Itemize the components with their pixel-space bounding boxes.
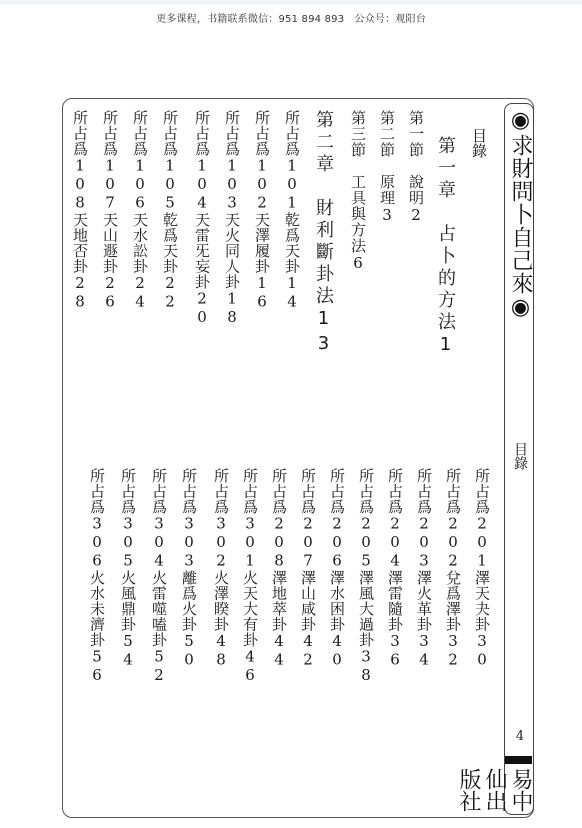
toc-entry: 所占爲204澤雷隨卦36 (386, 468, 404, 669)
book-title: ◉求財問卜自己來◉ (507, 108, 533, 321)
publisher-name: 易中仙出版社 (507, 768, 533, 814)
toc-entry: 所占爲208澤地萃卦44 (270, 468, 288, 669)
toc-heading: 目錄 (470, 128, 487, 158)
top-bar (0, 0, 582, 5)
toc-chapter-2: 第二章 財利斷卦法13 (312, 110, 334, 358)
book-sidebar: ◉求財問卜自己來◉ 目錄 4 易中仙出版社 (504, 103, 534, 815)
toc-entry: 所占爲201澤天夬卦30 (473, 468, 491, 669)
toc-entry: 所占爲106天水訟卦24 (131, 110, 149, 311)
toc-entry: 所占爲301火天大有卦46 (241, 468, 259, 685)
toc-section-3: 第三節 工具與方法6 (349, 110, 367, 273)
toc-entry: 所占爲304火雷噬嗑卦52 (150, 468, 168, 685)
toc-entry: 所占爲104天雷旡妄卦20 (193, 110, 211, 327)
toc-section-1: 第一節 說明2 (407, 110, 425, 225)
toc-section-2: 第二節 原理3 (378, 110, 396, 225)
toc-entry: 所占爲303離爲火卦50 (180, 468, 198, 669)
toc-chapter-1: 第一章 占卜的方法1 (434, 136, 456, 359)
toc-entry: 所占爲305火風鼎卦54 (119, 468, 137, 669)
toc-entry: 所占爲306火水未濟卦56 (88, 468, 106, 685)
watermark-text: 更多课程，书籍联系微信：951 894 893 公众号：观阳台 (0, 10, 582, 25)
toc-entry: 所占爲302火澤睽卦48 (212, 468, 230, 669)
divider-bar (505, 756, 532, 764)
toc-entry: 所占爲101乾爲天卦14 (283, 110, 301, 311)
toc-entry: 所占爲107天山遯卦26 (101, 110, 119, 311)
toc-entry: 所占爲206澤水困卦40 (328, 468, 346, 669)
toc-entry: 所占爲108天地否卦28 (71, 110, 89, 311)
toc-entry: 所占爲202兌爲澤卦32 (444, 468, 462, 669)
toc-entry: 所占爲102天澤履卦16 (253, 110, 271, 311)
toc-entry: 所占爲203澤火革卦34 (415, 468, 433, 669)
toc-entry: 所占爲207澤山咸卦42 (299, 468, 317, 669)
toc-entry: 所占爲103天火同人卦18 (223, 110, 241, 327)
page-number: 4 (505, 729, 535, 744)
toc-entry: 所占爲205澤風大過卦38 (357, 468, 375, 685)
toc-entry: 所占爲105乾爲天卦22 (161, 110, 179, 311)
sidebar-section-label: 目錄 (511, 442, 529, 470)
